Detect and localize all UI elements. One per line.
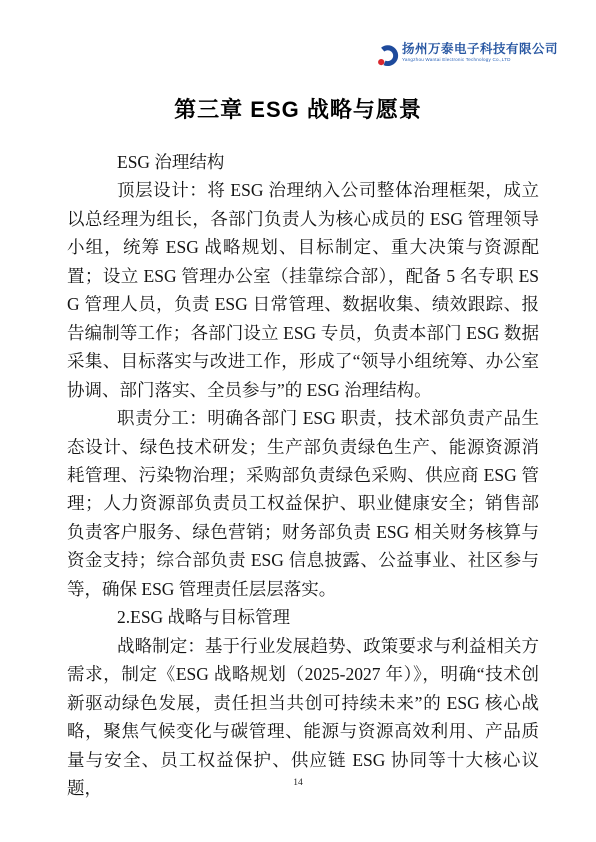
logo-swoosh-icon (377, 44, 399, 67)
paragraph-responsibility-division: 职责分工：明确各部门 ESG 职责，技术部负责产品生态设计、绿色技术研发；生产部… (67, 404, 539, 603)
company-name-en: Yangzhou Wantai Electronic Technology Co… (402, 58, 558, 63)
company-name-zh: 扬州万泰电子科技有限公司 (402, 43, 558, 56)
page-number: 14 (0, 778, 596, 788)
section-subheading-esg-strategy: 2.ESG 战略与目标管理 (67, 603, 539, 631)
document-body: ESG 治理结构 顶层设计：将 ESG 治理纳入公司整体治理框架，成立以总经理为… (67, 148, 539, 802)
paragraph-top-level-design: 顶层设计：将 ESG 治理纳入公司整体治理框架，成立以总经理为组长，各部门负责人… (67, 176, 539, 404)
chapter-title: 第三章 ESG 战略与愿景 (0, 93, 596, 124)
section-subheading-esg-governance: ESG 治理结构 (67, 148, 539, 176)
logo-text-block: 扬州万泰电子科技有限公司 Yangzhou Wantai Electronic … (402, 43, 558, 63)
paragraph-strategy-formulation: 战略制定：基于行业发展趋势、政策要求与利益相关方需求，制定《ESG 战略规划（2… (67, 632, 539, 803)
company-logo: 扬州万泰电子科技有限公司 Yangzhou Wantai Electronic … (377, 43, 558, 67)
document-page: 扬州万泰电子科技有限公司 Yangzhou Wantai Electronic … (0, 0, 596, 842)
